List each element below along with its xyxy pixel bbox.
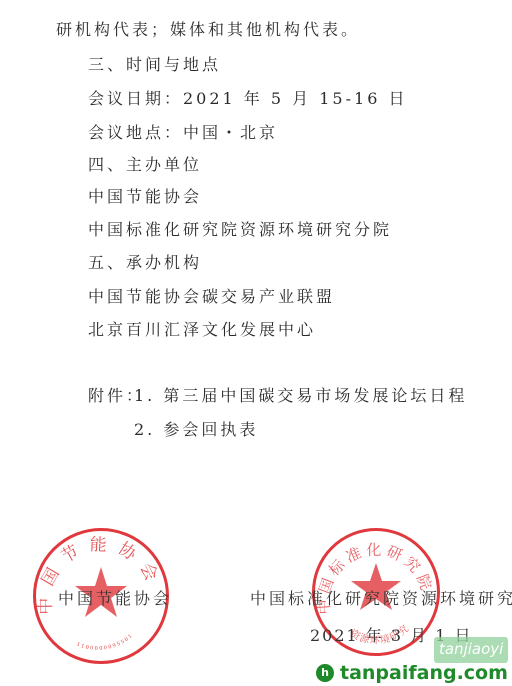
host-org-1: 中国节能协会 (88, 187, 202, 207)
watermark-site: tanpaifang.com (340, 662, 508, 684)
signature-left: 中国节能协会 (58, 589, 172, 609)
watermark-logo: h tanpaifang.com (316, 662, 508, 684)
watermark-tag: tanjiaoyi (434, 637, 508, 663)
attachment-item-2: 2. 参会回执表 (134, 420, 258, 440)
watermark-tag-text: tanjiaoyi (439, 640, 503, 658)
svg-text:1100000095501: 1100000095501 (76, 633, 135, 652)
section-heading-time-place: 三、时间与地点 (88, 55, 221, 75)
meeting-location: 会议地点：中国・北京 (88, 123, 278, 143)
meeting-date: 会议日期：2021 年 5 月 15-16 日 (88, 89, 407, 109)
doc-line-0: 研机构代表；媒体和其他机构代表。 (56, 20, 360, 40)
section-heading-organizer: 五、承办机构 (88, 253, 202, 273)
leaf-logo-icon: h (316, 664, 334, 682)
organizer-1: 中国节能协会碳交易产业联盟 (88, 287, 335, 307)
section-heading-host: 四、主办单位 (88, 155, 202, 175)
signature-right: 中国标准化研究院资源环境研究分院 (250, 589, 512, 609)
host-org-2: 中国标准化研究院资源环境研究分院 (88, 220, 392, 240)
attachment-item-1: 1. 第三届中国碳交易市场发展论坛日程 (134, 386, 467, 406)
organizer-2: 北京百川汇泽文化发展中心 (88, 320, 316, 340)
